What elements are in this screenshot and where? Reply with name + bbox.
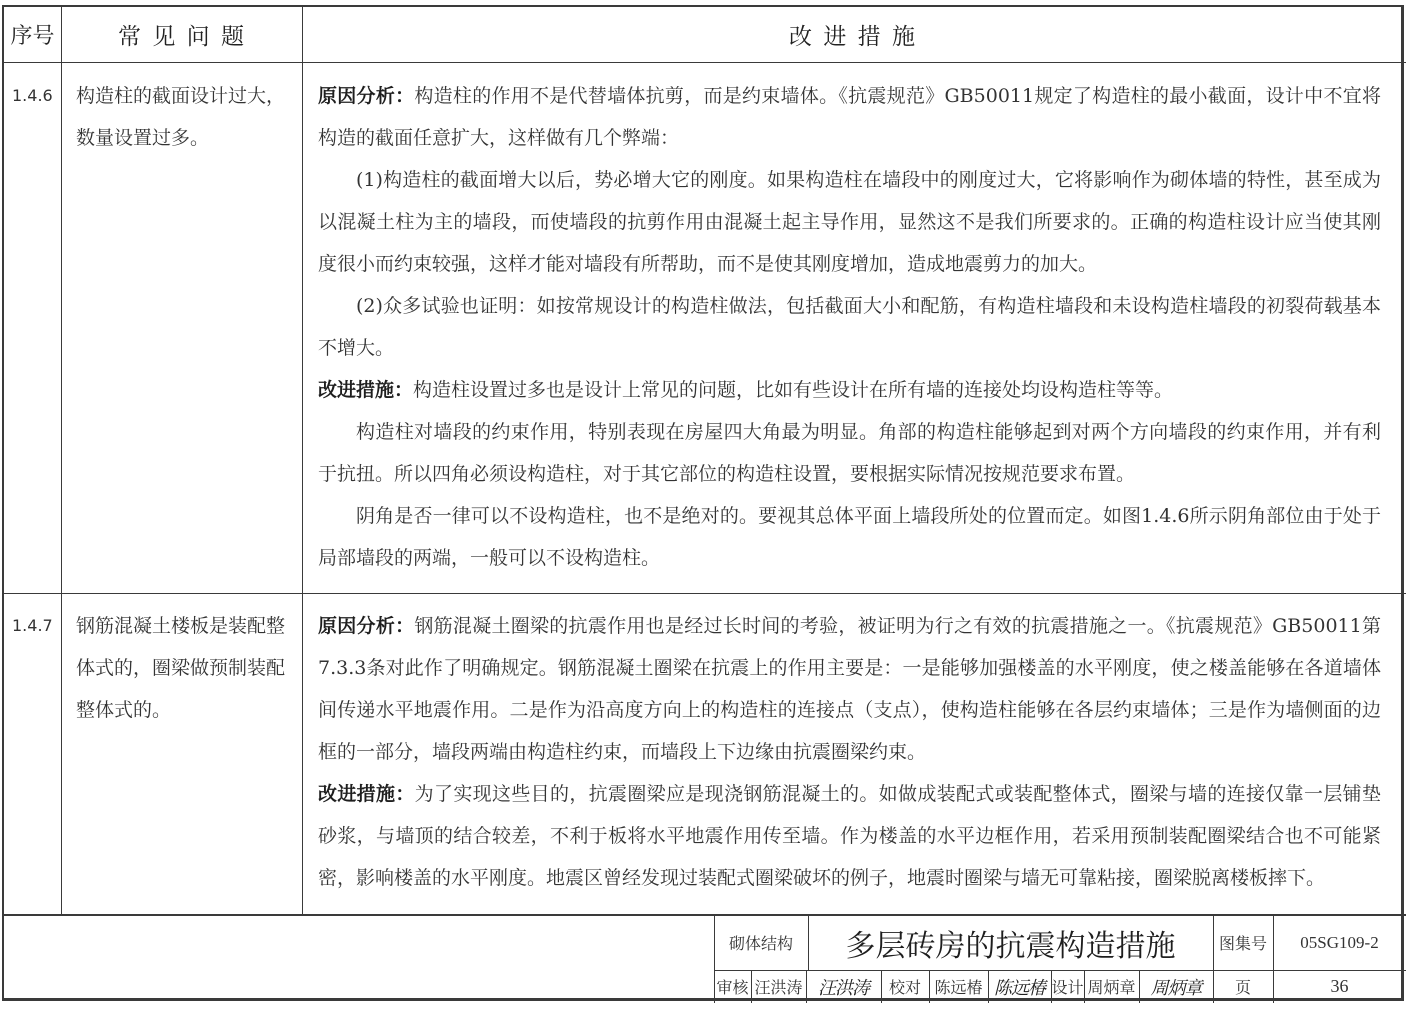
row-no: 1.4.7 (4, 606, 61, 646)
row-issue: 钢筋混凝土楼板是装配整体式的，圈梁做预制装配整体式的。 (62, 605, 302, 731)
row-divider-rule (2, 593, 1406, 594)
page-number: 36 (1273, 970, 1406, 1003)
row-no: 1.4.6 (4, 76, 61, 116)
label-measure: 改进措施： (318, 379, 413, 401)
design-label: 设计 (1051, 970, 1084, 1003)
label-cause: 原因分析： (318, 615, 414, 637)
header-issue: 常 见 问 题 (62, 7, 302, 62)
row-measure: 原因分析：构造柱的作用不是代替墙体抗剪，而是约束墙体。《抗震规范》GB50011… (303, 75, 1403, 579)
title-block: 砌体结构 多层砖房的抗震构造措施 图集号 05SG109-2 审核 汪洪涛 汪洪… (714, 915, 1406, 1003)
paragraph-corner: 构造柱对墙段的约束作用，特别表现在房屋四大角最为明显。角部的构造柱能够起到对两个… (318, 411, 1381, 495)
designer-name: 周炳章 (1084, 970, 1139, 1003)
paragraph-point-2: (2)众多试验也证明：如按常规设计的构造柱做法，包括截面大小和配筋，有构造柱墙段… (318, 285, 1381, 369)
paragraph-inner-corner: 阴角是否一律可以不设构造柱，也不是绝对的。要视其总体平面上墙段所处的位置而定。如… (318, 495, 1381, 579)
label-cause: 原因分析： (318, 85, 414, 107)
paragraph-measure: 改进措施：为了实现这些目的，抗震圈梁应是现浇钢筋混凝土的。如做成装配式或装配整体… (318, 773, 1381, 899)
row-measure: 原因分析：钢筋混凝土圈梁的抗震作用也是经过长时间的考验，被证明为行之有效的抗震措… (303, 605, 1403, 899)
paragraph-measure: 改进措施：构造柱设置过多也是设计上常见的问题，比如有些设计在所有墙的连接处均设构… (318, 369, 1381, 411)
paragraph-cause: 原因分析：钢筋混凝土圈梁的抗震作用也是经过长时间的考验，被证明为行之有效的抗震措… (318, 605, 1381, 773)
reviewer-signature: 汪洪涛 (806, 970, 881, 1003)
category-label: 砌体结构 (714, 915, 808, 970)
header-measure: 改 进 措 施 (303, 7, 1403, 62)
proof-label: 校对 (881, 970, 929, 1003)
header-no: 序号 (4, 7, 61, 62)
drawing-title: 多层砖房的抗震构造措施 (808, 915, 1213, 970)
atlas-label: 图集号 (1213, 915, 1273, 970)
atlas-number: 05SG109-2 (1273, 915, 1406, 970)
reviewer-name: 汪洪涛 (751, 970, 806, 1003)
label-measure: 改进措施： (318, 783, 415, 805)
proofreader-name: 陈远椿 (929, 970, 988, 1003)
paragraph-point-1: (1)构造柱的截面增大以后，势必增大它的刚度。如果构造柱在墙段中的刚度过大，它将… (318, 159, 1381, 285)
page-label: 页 (1213, 970, 1273, 1003)
paragraph-cause: 原因分析：构造柱的作用不是代替墙体抗剪，而是约束墙体。《抗震规范》GB50011… (318, 75, 1381, 159)
review-label: 审核 (714, 970, 751, 1003)
designer-signature: 周炳章 (1139, 970, 1213, 1003)
header-bottom-rule (2, 62, 1406, 63)
proofreader-signature: 陈远椿 (988, 970, 1051, 1003)
row-issue: 构造柱的截面设计过大，数量设置过多。 (62, 75, 302, 159)
